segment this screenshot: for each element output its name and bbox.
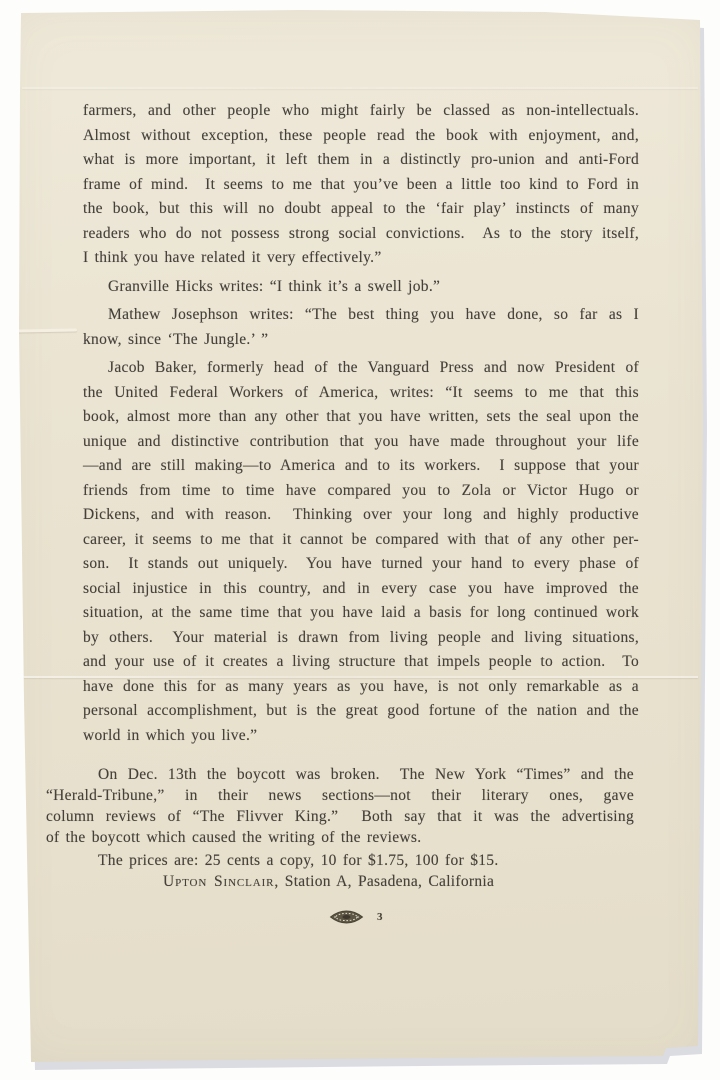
text-line: On Dec. 13th the boycott was broken. The…	[46, 764, 634, 785]
page-number: 3	[377, 911, 383, 923]
paragraph: Mathew Josephson writes: “The best thing…	[83, 303, 639, 352]
text-line: what is more important, it left them in …	[83, 148, 639, 173]
text-line: Jacob Baker, formerly head of the Vangua…	[83, 356, 639, 381]
text-line: book, almost more than any other that yo…	[83, 405, 639, 430]
text-line: situation, at the same time that you hav…	[83, 601, 639, 626]
text-line: and your use of it creates a living stru…	[83, 650, 639, 675]
text-line: social injustice in this country, and in…	[83, 577, 639, 602]
text-line: by others. Your material is drawn from l…	[83, 626, 639, 651]
paragraph: farmers, and other people who might fair…	[83, 99, 639, 271]
text-line: Almost without exception, these people r…	[83, 124, 639, 149]
signature-line: Upton Sinclair, Station A, Pasadena, Cal…	[46, 871, 634, 892]
author-name: Upton Sinclair	[163, 873, 274, 890]
text-line: know, since ‘The Jungle.’ ”	[83, 328, 639, 353]
text-line: farmers, and other people who might fair…	[83, 99, 639, 124]
page-text-layer: farmers, and other people who might fair…	[0, 0, 720, 1080]
paragraph: Jacob Baker, formerly head of the Vangua…	[83, 356, 639, 748]
page-footer: 3	[329, 906, 383, 927]
text-line: the book, but this will no doubt appeal …	[83, 197, 639, 222]
text-line: column reviews of “The Flivver King.” Bo…	[46, 806, 634, 827]
scanned-document: farmers, and other people who might fair…	[0, 0, 720, 1080]
closing-paragraphs-section: On Dec. 13th the boycott was broken. The…	[46, 764, 634, 871]
paragraph: Granville Hicks writes: “I think it’s a …	[83, 275, 639, 300]
paragraph: The prices are: 25 cents a copy, 10 for …	[46, 850, 634, 871]
text-line: have done this for as many years as you …	[83, 675, 639, 700]
text-line: Mathew Josephson writes: “The best thing…	[83, 303, 639, 328]
text-line: son. It stands out uniquely. You have tu…	[83, 552, 639, 577]
author-address: , Station A, Pasadena, California	[274, 873, 494, 890]
text-line: I think you have related it very effecti…	[83, 246, 639, 271]
text-line: career, it seems to me that it cannot be…	[83, 528, 639, 553]
text-line: Granville Hicks writes: “I think it’s a …	[83, 275, 639, 300]
text-line: —and are still making—to America and to …	[83, 454, 639, 479]
paragraph: On Dec. 13th the boycott was broken. The…	[46, 764, 634, 848]
text-line: personal accomplishment, but is the grea…	[83, 699, 639, 724]
text-line: of the boycott which caused the writing …	[46, 827, 634, 848]
review-quotes-section: farmers, and other people who might fair…	[83, 99, 639, 748]
text-line: The prices are: 25 cents a copy, 10 for …	[46, 850, 634, 871]
text-line: “Herald-Tribune,” in their news sections…	[46, 785, 634, 806]
printer-ornament-icon	[329, 910, 364, 924]
text-line: frame of mind. It seems to me that you’v…	[83, 173, 639, 198]
text-line: world in which you live.”	[83, 724, 639, 749]
text-line: the United Federal Workers of America, w…	[83, 381, 639, 406]
text-line: Dickens, and with reason. Thinking over …	[83, 503, 639, 528]
text-line: unique and distinctive contribution that…	[83, 430, 639, 455]
text-line: readers who do not possess strong social…	[83, 222, 639, 247]
text-line: friends from time to time have compared …	[83, 479, 639, 504]
